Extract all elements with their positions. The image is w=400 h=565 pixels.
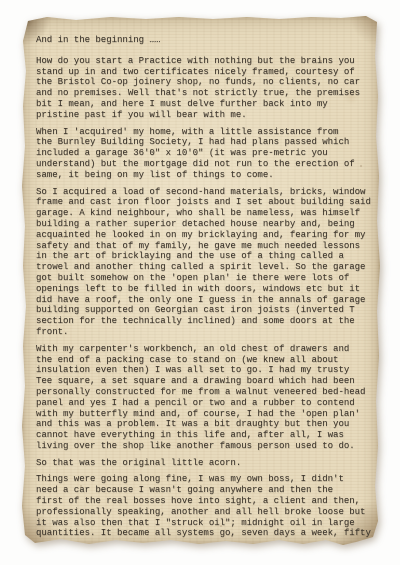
paragraph-with-my-carpenters: With my carpenter's workbench, an old ch… bbox=[36, 344, 371, 452]
document-heading: And in the beginning …… bbox=[36, 35, 371, 46]
paragraph-original-acorn: So that was the original little acorn. bbox=[36, 458, 371, 469]
paragraph-so-i-acquired: So I acquired a load of second-hand mate… bbox=[36, 187, 371, 338]
paragraph-when-i-acquired: When I 'acquired' my home, with a little… bbox=[36, 127, 371, 181]
paragraph-things-going-fine: Things were going along fine, I was my o… bbox=[36, 474, 371, 539]
page-background: And in the beginning …… How do you start… bbox=[0, 0, 400, 565]
paper-sheet: And in the beginning …… How do you start… bbox=[21, 16, 380, 545]
paper-shadow-wrap: And in the beginning …… How do you start… bbox=[0, 0, 400, 565]
document-content: And in the beginning …… How do you start… bbox=[36, 35, 371, 541]
paragraph-how-do-you-start: How do you start a Practice with nothing… bbox=[36, 56, 371, 121]
